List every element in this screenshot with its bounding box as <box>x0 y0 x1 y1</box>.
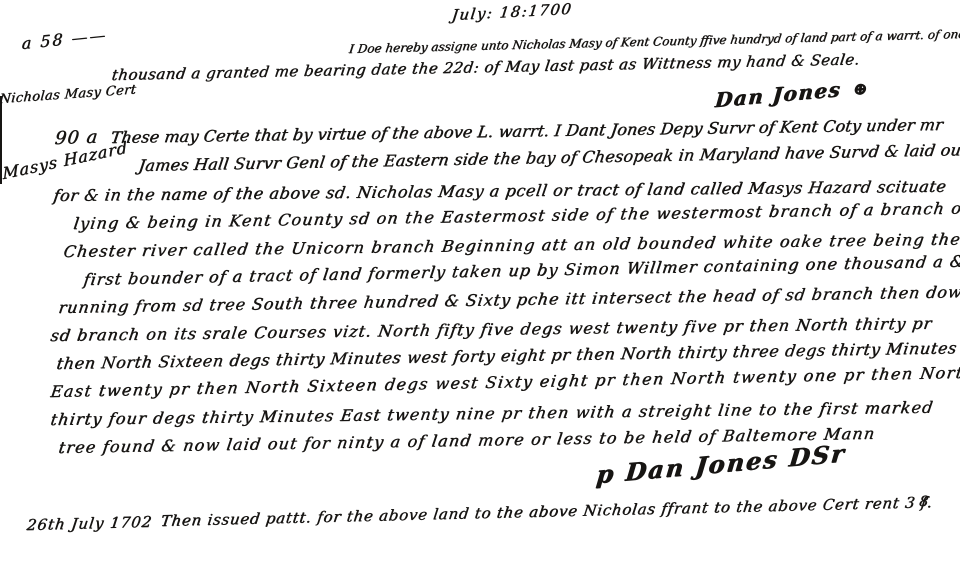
patent-note-text: Then issued pattt. for the above land to… <box>160 493 934 530</box>
certificate-line-2: James Hall Survr Genl of the Eastern sid… <box>137 140 960 175</box>
assignment-line-2: thousand a granted me bearing date the 2… <box>111 50 862 84</box>
margin-cert-label: Nicholas Masy Cert <box>0 82 137 107</box>
assignment-line-1: I Doe hereby assigne unto Nicholas Masy … <box>348 27 960 56</box>
page-mark: 8 <box>918 494 929 510</box>
seal-icon: ⊕ <box>852 79 869 101</box>
assignment-signature-line: Dan Jones⊕ <box>714 75 870 113</box>
folio-mark: a 58 —— <box>21 25 107 53</box>
certificate-line-7: running from sd tree South three hundred… <box>57 282 960 317</box>
assignor-signature: Dan Jones <box>714 77 842 112</box>
certificate-line-4: lying & being in Kent County sd on the E… <box>72 198 960 233</box>
patent-note-date: 26th July 1702 <box>26 513 154 534</box>
document-page: July: 18:1700 a 58 —— I Doe hereby assig… <box>0 0 960 561</box>
header-date: July: 18:1700 <box>451 0 574 24</box>
